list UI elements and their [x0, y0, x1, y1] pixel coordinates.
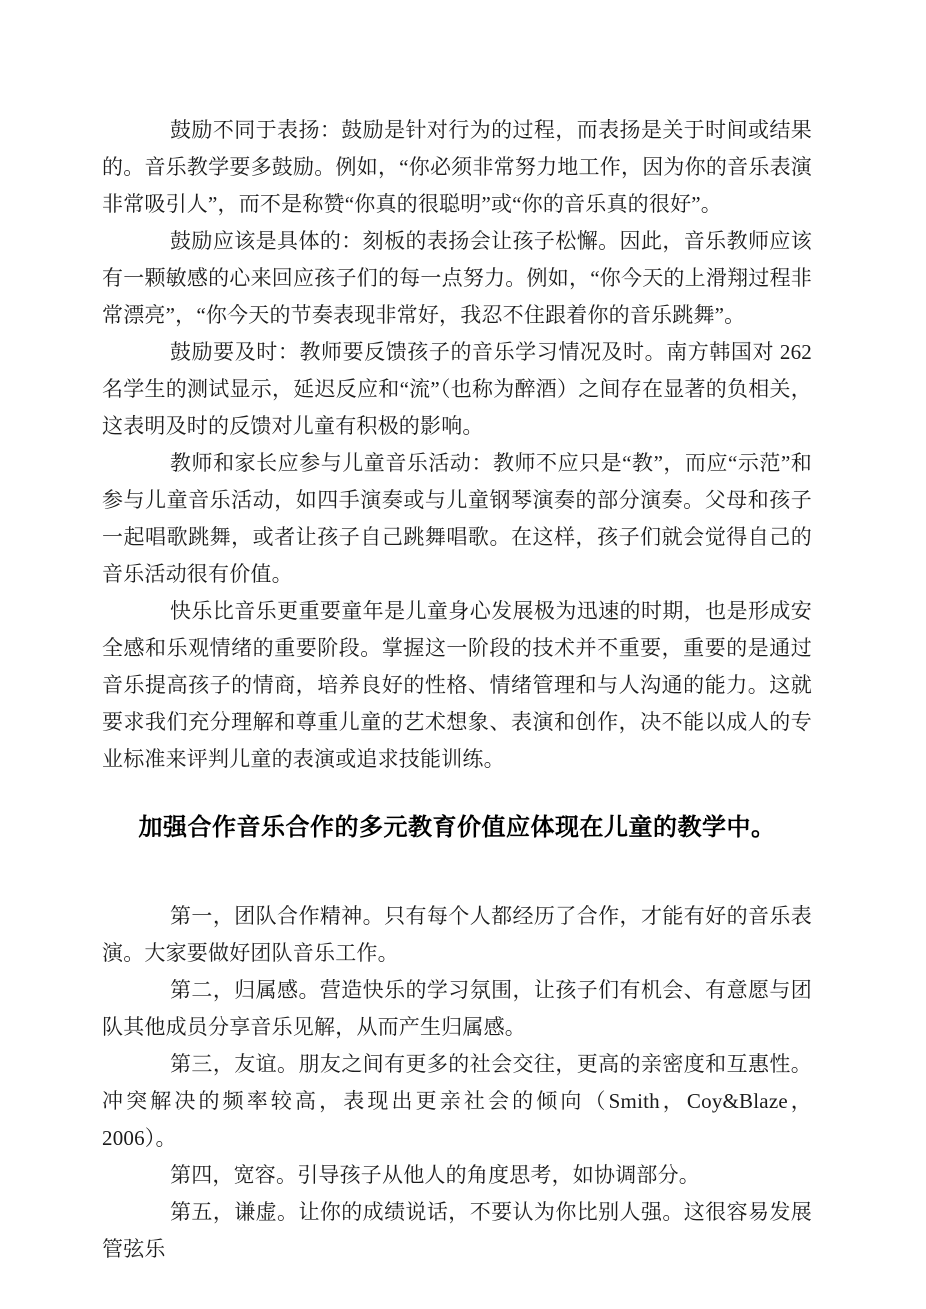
paragraph-encouragement-timely: 鼓励要及时：教师要反馈孩子的音乐学习情况及时。南方韩国对 262 名学生的测试显… [102, 334, 812, 445]
page-content: 鼓励不同于表扬：鼓励是针对行为的过程，而表扬是关于时间或结果的。音乐教学要多鼓励… [102, 112, 812, 1268]
paragraph-teacher-parent-participation: 教师和家长应参与儿童音乐活动：教师不应只是“教”，而应“示范”和参与儿童音乐活动… [102, 445, 812, 593]
document-page: 鼓励不同于表扬：鼓励是针对行为的过程，而表扬是关于时间或结果的。音乐教学要多鼓励… [0, 0, 926, 1309]
paragraph-point-5-modesty: 第五，谦虚。让你的成绩说话，不要认为你比别人强。这很容易发展管弦乐 [102, 1194, 812, 1268]
paragraph-encouragement-specific: 鼓励应该是具体的：刻板的表扬会让孩子松懈。因此，音乐教师应该有一颗敏感的心来回应… [102, 223, 812, 334]
paragraph-point-1-teamwork: 第一，团队合作精神。只有每个人都经历了合作，才能有好的音乐表演。大家要做好团队音… [102, 898, 812, 972]
paragraph-point-4-tolerance: 第四，宽容。引导孩子从他人的角度思考，如协调部分。 [102, 1157, 812, 1194]
section-heading: 加强合作音乐合作的多元教育价值应体现在儿童的教学中。 [102, 808, 812, 848]
paragraph-encouragement-vs-praise: 鼓励不同于表扬：鼓励是针对行为的过程，而表扬是关于时间或结果的。音乐教学要多鼓励… [102, 112, 812, 223]
paragraph-happiness-over-music: 快乐比音乐更重要童年是儿童身心发展极为迅速的时期，也是形成安全感和乐观情绪的重要… [102, 593, 812, 778]
paragraph-point-3-friendship: 第三，友谊。朋友之间有更多的社会交往，更高的亲密度和互惠性。冲突解决的频率较高，… [102, 1046, 812, 1157]
paragraph-point-2-belonging: 第二，归属感。营造快乐的学习氛围，让孩子们有机会、有意愿与团队其他成员分享音乐见… [102, 972, 812, 1046]
